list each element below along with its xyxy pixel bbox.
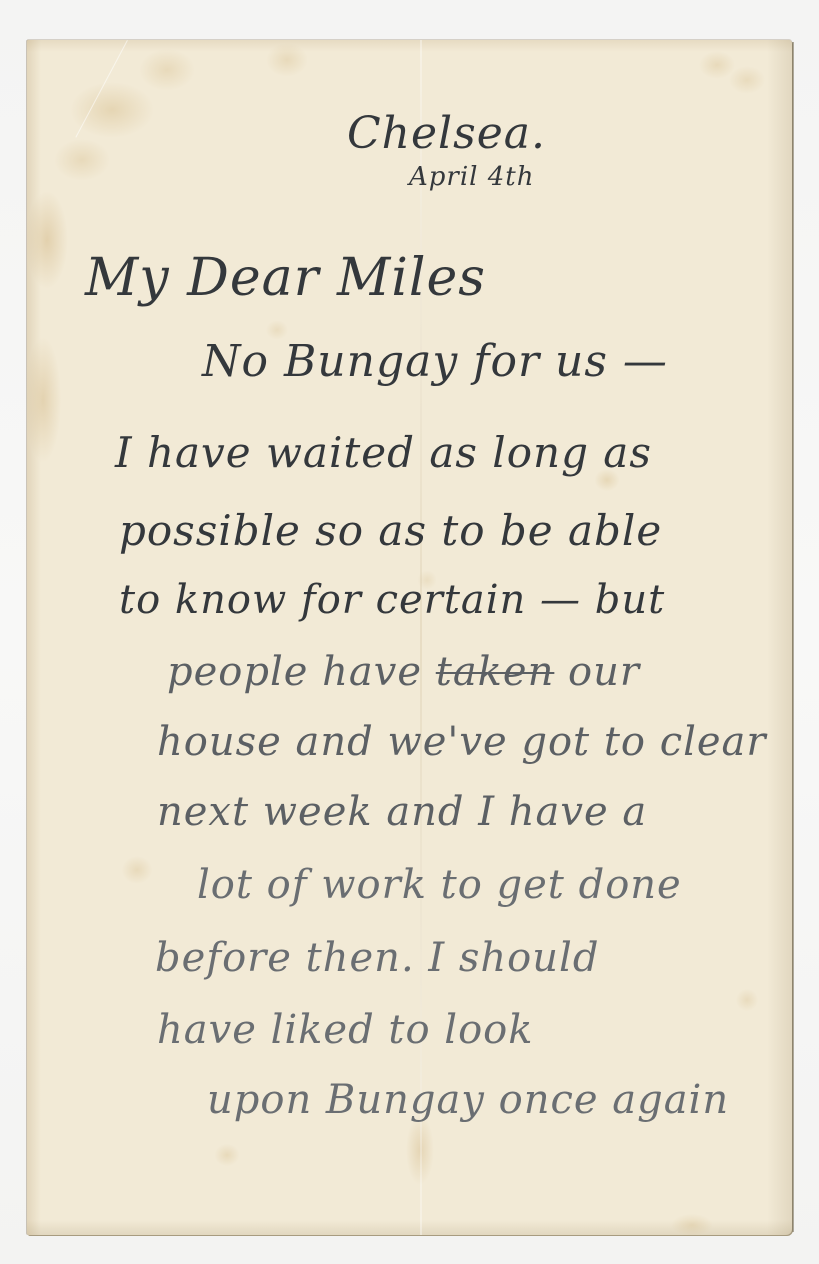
letter-line-5: people have taken our: [167, 652, 640, 692]
letter-line-2: I have waited as long as: [115, 432, 652, 474]
letter-line-1: No Bungay for us —: [202, 340, 668, 384]
letter-line-4: to know for certain — but: [119, 580, 665, 620]
letter-line-11: upon Bungay once again: [207, 1080, 729, 1120]
letter-line-9: before then. I should: [155, 938, 599, 978]
letter-date: April 4th: [409, 164, 534, 190]
letter-paper: Chelsea. April 4th My Dear Miles No Bung…: [27, 40, 792, 1235]
letter-place: Chelsea.: [347, 112, 546, 156]
struck-through-word: taken: [436, 649, 555, 695]
letter-line-8: lot of work to get done: [197, 865, 682, 905]
letter-line-10: have liked to look: [157, 1010, 533, 1050]
letter-line-5-text: people have taken our: [167, 649, 640, 695]
paper-fold-line: [420, 40, 422, 1235]
letter-line-6: house and we've got to clear: [157, 722, 767, 762]
letter-line-3: possible so as to be able: [119, 510, 662, 552]
paper-edge: [792, 42, 794, 1232]
letter-line-7: next week and I have a: [157, 792, 647, 832]
paper-crease: [75, 40, 128, 138]
letter-salutation: My Dear Miles: [85, 252, 486, 304]
